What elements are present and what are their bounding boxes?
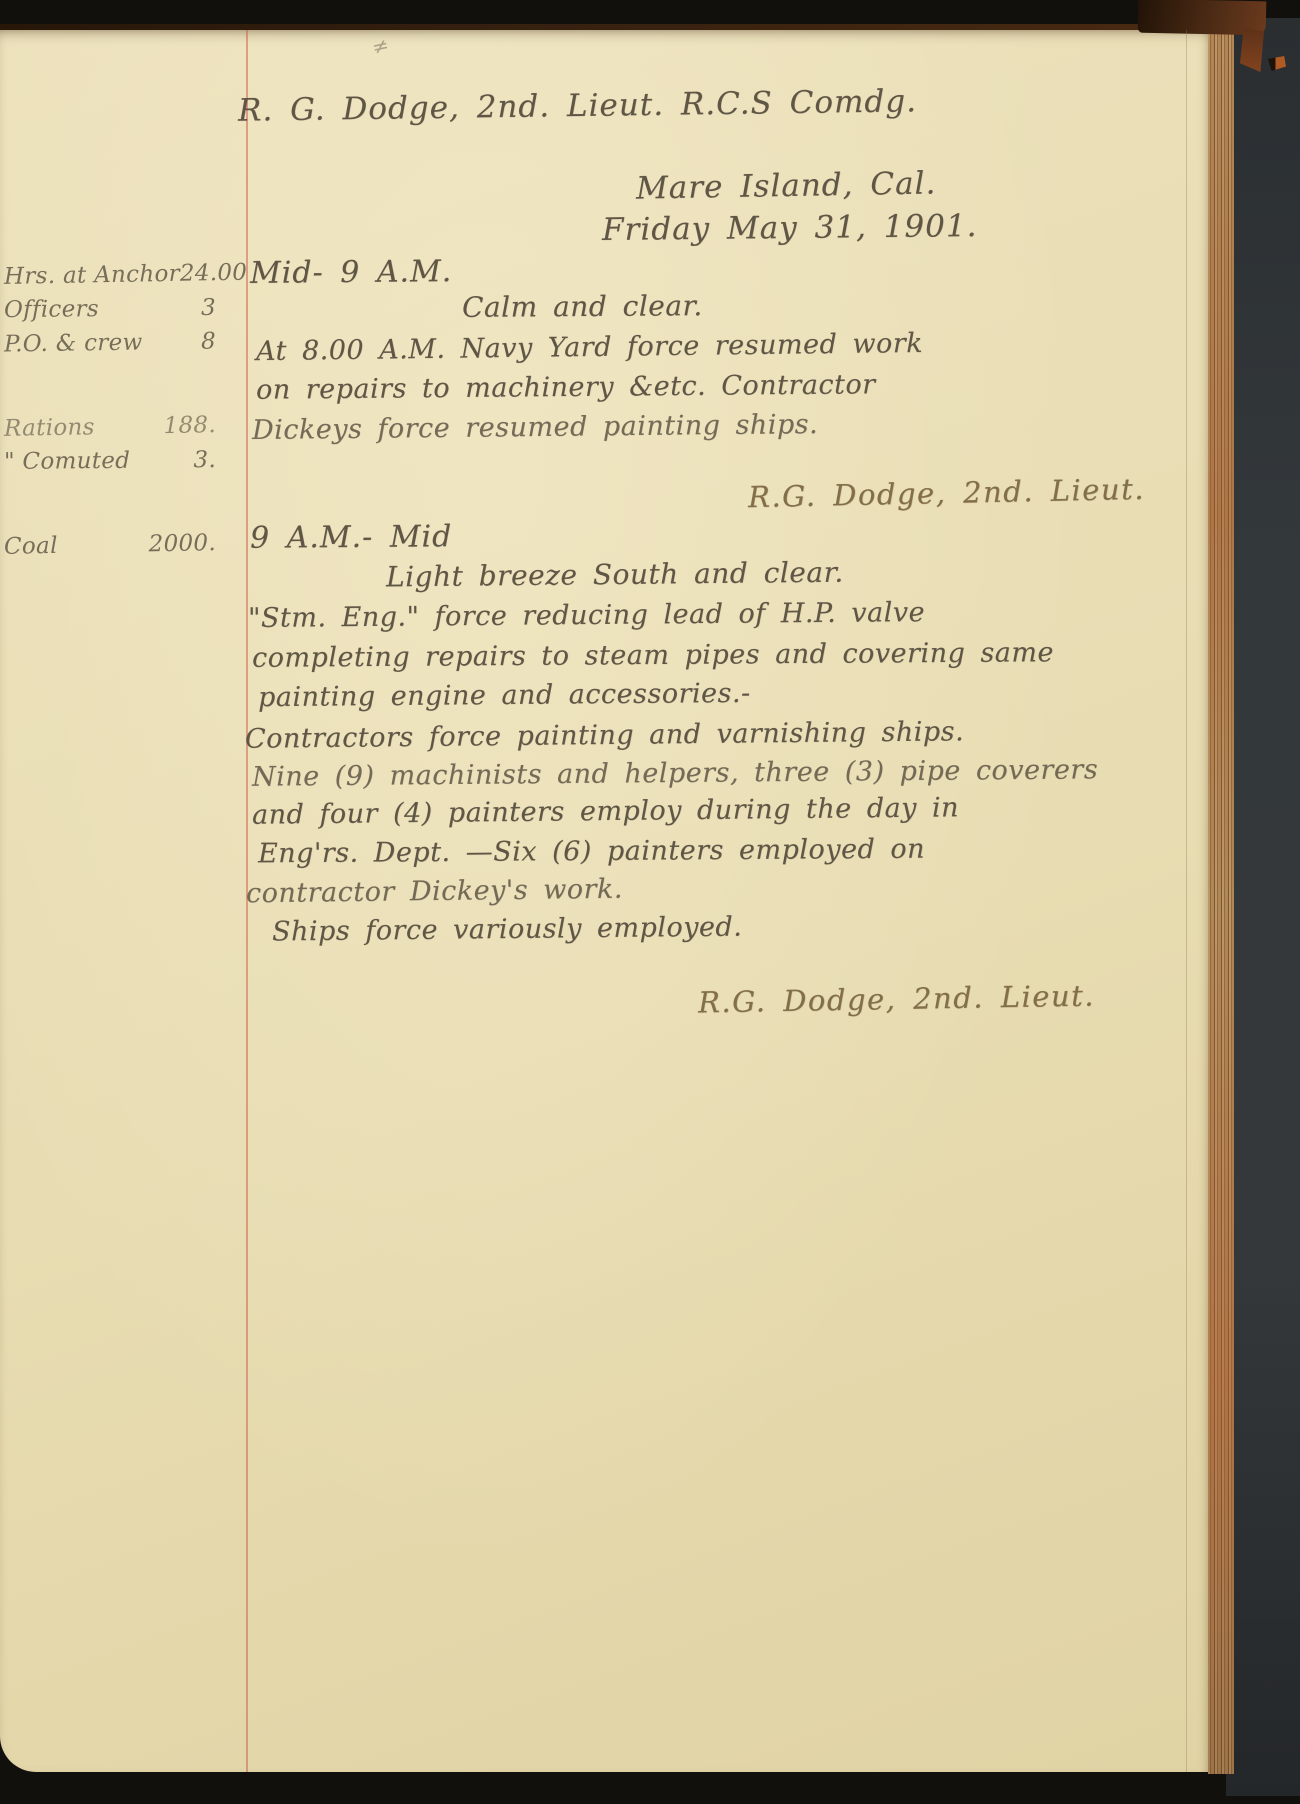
margin-value: 2000. [148, 530, 216, 557]
entry-line: completing repairs to steam pipes and co… [252, 637, 1054, 674]
margin-row: Officers 3 [4, 295, 216, 323]
margin-label: Rations [4, 414, 95, 442]
margin-label: " Comuted [4, 448, 130, 475]
margin-value: 3. [193, 447, 216, 473]
margin-value: 3 [201, 295, 216, 321]
weather-line: Light breeze South and clear. [386, 556, 844, 594]
date-line: Friday May 31, 1901. [602, 208, 978, 248]
margin-value: 188. [163, 412, 216, 439]
margin-label: P.O. & crew [4, 330, 143, 358]
book-page-edges [1208, 26, 1234, 1774]
backdrop [1226, 18, 1300, 1796]
margin-label: Officers [4, 296, 99, 323]
margin-row: Hrs. at Anchor 24.00 [4, 260, 216, 290]
logbook-page-photo: ≠ R. G. Dodge, 2nd. Lieut. R.C.S Comdg. … [0, 0, 1300, 1804]
page-crease [1186, 30, 1187, 1772]
entry-line: on repairs to machinery &etc. Contractor [256, 369, 876, 405]
margin-value: 8 [201, 329, 216, 355]
margin-row: " Comuted 3. [4, 447, 216, 475]
entry-line: Ships force variously employed. [272, 912, 743, 948]
entry-line: contractor Dickey's work. [246, 874, 623, 910]
entry-line: "Stm. Eng." force reducing lead of H.P. … [248, 597, 925, 634]
entry-line: Eng'rs. Dept. —Six (6) painters employed… [258, 834, 925, 870]
margin-label: Hrs. at Anchor [4, 261, 180, 290]
watch-heading: Mid- 9 A.M. [250, 254, 453, 291]
entry-line: painting engine and accessories.- [258, 678, 751, 713]
margin-label: Coal [4, 533, 58, 560]
margin-row: P.O. & crew 8 [4, 329, 216, 358]
officer-signature: R.G. Dodge, 2nd. Lieut. [698, 979, 1095, 1020]
margin-value: 24.00 [180, 260, 248, 287]
entry-line: Dickeys force resumed painting ships. [252, 409, 818, 446]
margin-row: Rations 188. [4, 412, 216, 442]
watch-heading: 9 A.M.- Mid [250, 519, 453, 555]
weather-line: Calm and clear. [462, 289, 703, 324]
location-line: Mare Island, Cal. [636, 165, 937, 206]
margin-row: Coal 2000. [4, 530, 216, 560]
